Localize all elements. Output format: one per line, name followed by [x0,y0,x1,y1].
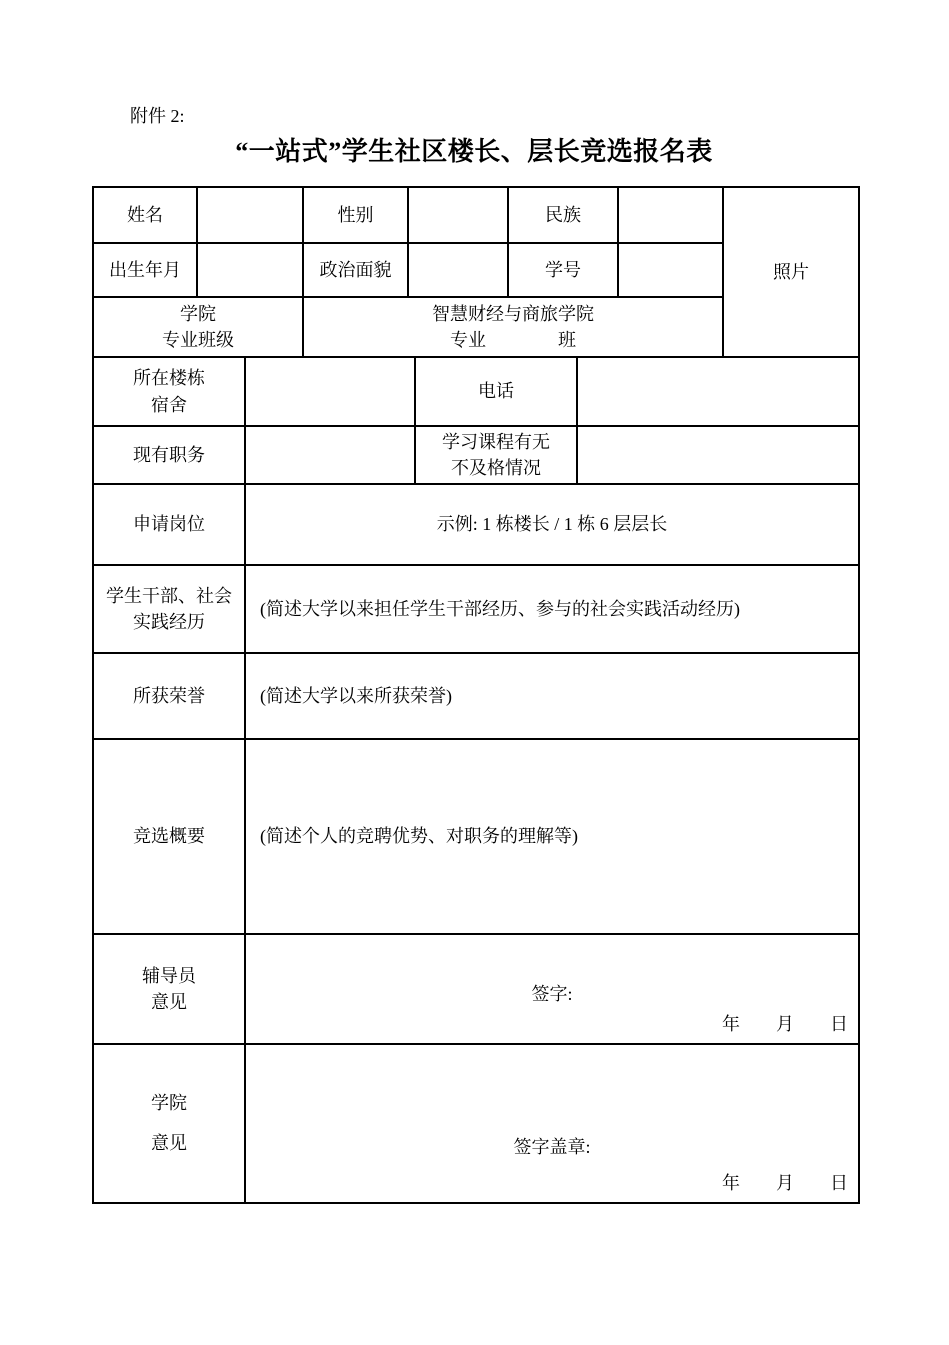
apply-position-label: 申请岗位 [133,511,205,537]
course-fail-label: 学习课程有无 不及格情况 [442,429,550,481]
birth-value-cell[interactable] [198,244,304,298]
row-cadre-experience: 学生干部、社会 实践经历 (简述大学以来担任学生干部经历、参与的社会实践活动经历… [94,566,858,654]
student-id-label: 学号 [545,257,581,283]
college-class-value: 智慧财经与商旅学院 专业 班 [432,301,594,353]
counselor-signature-label: 签字: [246,981,858,1007]
cadre-experience-value-cell[interactable]: (简述大学以来担任学生干部经历、参与的社会实践活动经历) [246,566,858,654]
honors-value-cell[interactable]: (简述大学以来所获荣誉) [246,654,858,740]
name-label: 姓名 [127,202,163,228]
current-duty-value-cell[interactable] [246,427,416,485]
gender-label: 性别 [338,202,374,228]
course-fail-label-line2: 不及格情况 [442,455,550,481]
application-form-table: 姓名 性别 民族 出生年月 政治面貌 学号 [92,186,860,1204]
college-name-value: 智慧财经与商旅学院 [432,301,594,327]
counselor-opinion-value-cell[interactable]: 签字: 年 月 日 [246,935,858,1045]
college-opinion-label-line2: 意见 [151,1124,187,1164]
counselor-date-line: 年 月 日 [246,1011,858,1037]
document-page: 附件 2: “一站式”学生社区楼长、层长竞选报名表 姓名 性别 民族 出生年月 [0,0,949,1345]
row-honors: 所获荣誉 (简述大学以来所获荣誉) [94,654,858,740]
honors-label-cell: 所获荣誉 [94,654,246,740]
college-signature-seal-label: 签字盖章: [246,1134,858,1160]
row-dorm-phone: 所在楼栋 宿舍 电话 [94,358,858,427]
college-opinion-label: 学院 意见 [151,1084,187,1163]
page-title: “一站式”学生社区楼长、层长竞选报名表 [92,135,856,169]
phone-label-cell: 电话 [416,358,578,427]
apply-position-hint: 示例: 1 栋楼长 / 1 栋 6 层层长 [437,511,668,537]
honors-label: 所获荣誉 [133,683,205,709]
cadre-label-line2: 实践经历 [106,609,232,635]
summary-label-cell: 竞选概要 [94,740,246,935]
college-class-label: 学院 专业班级 [162,301,234,353]
row-birth-political-id: 出生年月 政治面貌 学号 [94,244,724,298]
counselor-label-line1: 辅导员 [142,963,196,989]
name-label-cell: 姓名 [94,188,198,244]
course-fail-label-line1: 学习课程有无 [442,429,550,455]
current-duty-label: 现有职务 [133,442,205,468]
row-duty-course: 现有职务 学习课程有无 不及格情况 [94,427,858,485]
basic-info-section: 姓名 性别 民族 出生年月 政治面貌 学号 [94,188,858,358]
course-fail-label-cell: 学习课程有无 不及格情况 [416,427,578,485]
major-class-value: 专业 班 [432,327,594,353]
photo-placeholder-label: 照片 [773,259,809,285]
counselor-opinion-label-cell: 辅导员 意见 [94,935,246,1045]
ethnicity-label: 民族 [545,202,581,228]
row-counselor-opinion: 辅导员 意见 签字: 年 月 日 [94,935,858,1045]
dorm-label-line1: 所在楼栋 [133,365,205,391]
student-id-value-cell[interactable] [619,244,724,298]
cadre-experience-hint: (简述大学以来担任学生干部经历、参与的社会实践活动经历) [260,596,740,622]
political-status-label: 政治面貌 [320,257,392,283]
name-value-cell[interactable] [198,188,304,244]
ethnicity-value-cell[interactable] [619,188,724,244]
course-fail-value-cell[interactable] [578,427,858,485]
college-class-label-line1: 学院 [162,301,234,327]
row-name-gender-ethnicity: 姓名 性别 民族 [94,188,724,244]
birth-label: 出生年月 [109,257,181,283]
ethnicity-label-cell: 民族 [509,188,619,244]
college-class-label-cell: 学院 专业班级 [94,298,304,358]
counselor-opinion-label: 辅导员 意见 [142,963,196,1015]
cadre-experience-label-cell: 学生干部、社会 实践经历 [94,566,246,654]
apply-position-value-cell[interactable]: 示例: 1 栋楼长 / 1 栋 6 层层长 [246,485,858,566]
dorm-value-cell[interactable] [246,358,416,427]
dorm-label-line2: 宿舍 [133,392,205,418]
row-college-opinion: 学院 意见 签字盖章: 年 月 日 [94,1045,858,1202]
honors-hint: (简述大学以来所获荣誉) [260,683,452,709]
row-election-summary: 竞选概要 (简述个人的竞聘优势、对职务的理解等) [94,740,858,935]
summary-label: 竞选概要 [133,823,205,849]
current-duty-label-cell: 现有职务 [94,427,246,485]
row-college-class: 学院 专业班级 智慧财经与商旅学院 专业 班 [94,298,724,358]
dorm-label: 所在楼栋 宿舍 [133,365,205,417]
summary-value-cell[interactable]: (简述个人的竞聘优势、对职务的理解等) [246,740,858,935]
college-opinion-value-cell[interactable]: 签字盖章: 年 月 日 [246,1045,858,1202]
college-class-value-cell[interactable]: 智慧财经与商旅学院 专业 班 [304,298,724,358]
political-value-cell[interactable] [409,244,509,298]
college-opinion-label-cell: 学院 意见 [94,1045,246,1202]
dorm-label-cell: 所在楼栋 宿舍 [94,358,246,427]
college-class-label-line2: 专业班级 [162,327,234,353]
phone-value-cell[interactable] [578,358,858,427]
apply-position-label-cell: 申请岗位 [94,485,246,566]
political-label-cell: 政治面貌 [304,244,409,298]
student-id-label-cell: 学号 [509,244,619,298]
phone-label: 电话 [478,378,514,404]
document-content: 附件 2: “一站式”学生社区楼长、层长竞选报名表 姓名 性别 民族 出生年月 [92,0,856,1204]
gender-value-cell[interactable] [409,188,509,244]
gender-label-cell: 性别 [304,188,409,244]
cadre-experience-label: 学生干部、社会 实践经历 [106,583,232,635]
summary-hint: (简述个人的竞聘优势、对职务的理解等) [260,823,578,849]
basic-info-grid: 姓名 性别 民族 出生年月 政治面貌 学号 [94,188,724,358]
college-date-line: 年 月 日 [246,1170,858,1196]
cadre-label-line1: 学生干部、社会 [106,583,232,609]
row-apply-position: 申请岗位 示例: 1 栋楼长 / 1 栋 6 层层长 [94,485,858,566]
attachment-label: 附件 2: [130,0,856,127]
birth-label-cell: 出生年月 [94,244,198,298]
college-opinion-label-line1: 学院 [151,1084,187,1124]
counselor-label-line2: 意见 [142,989,196,1015]
photo-cell[interactable]: 照片 [724,188,858,358]
